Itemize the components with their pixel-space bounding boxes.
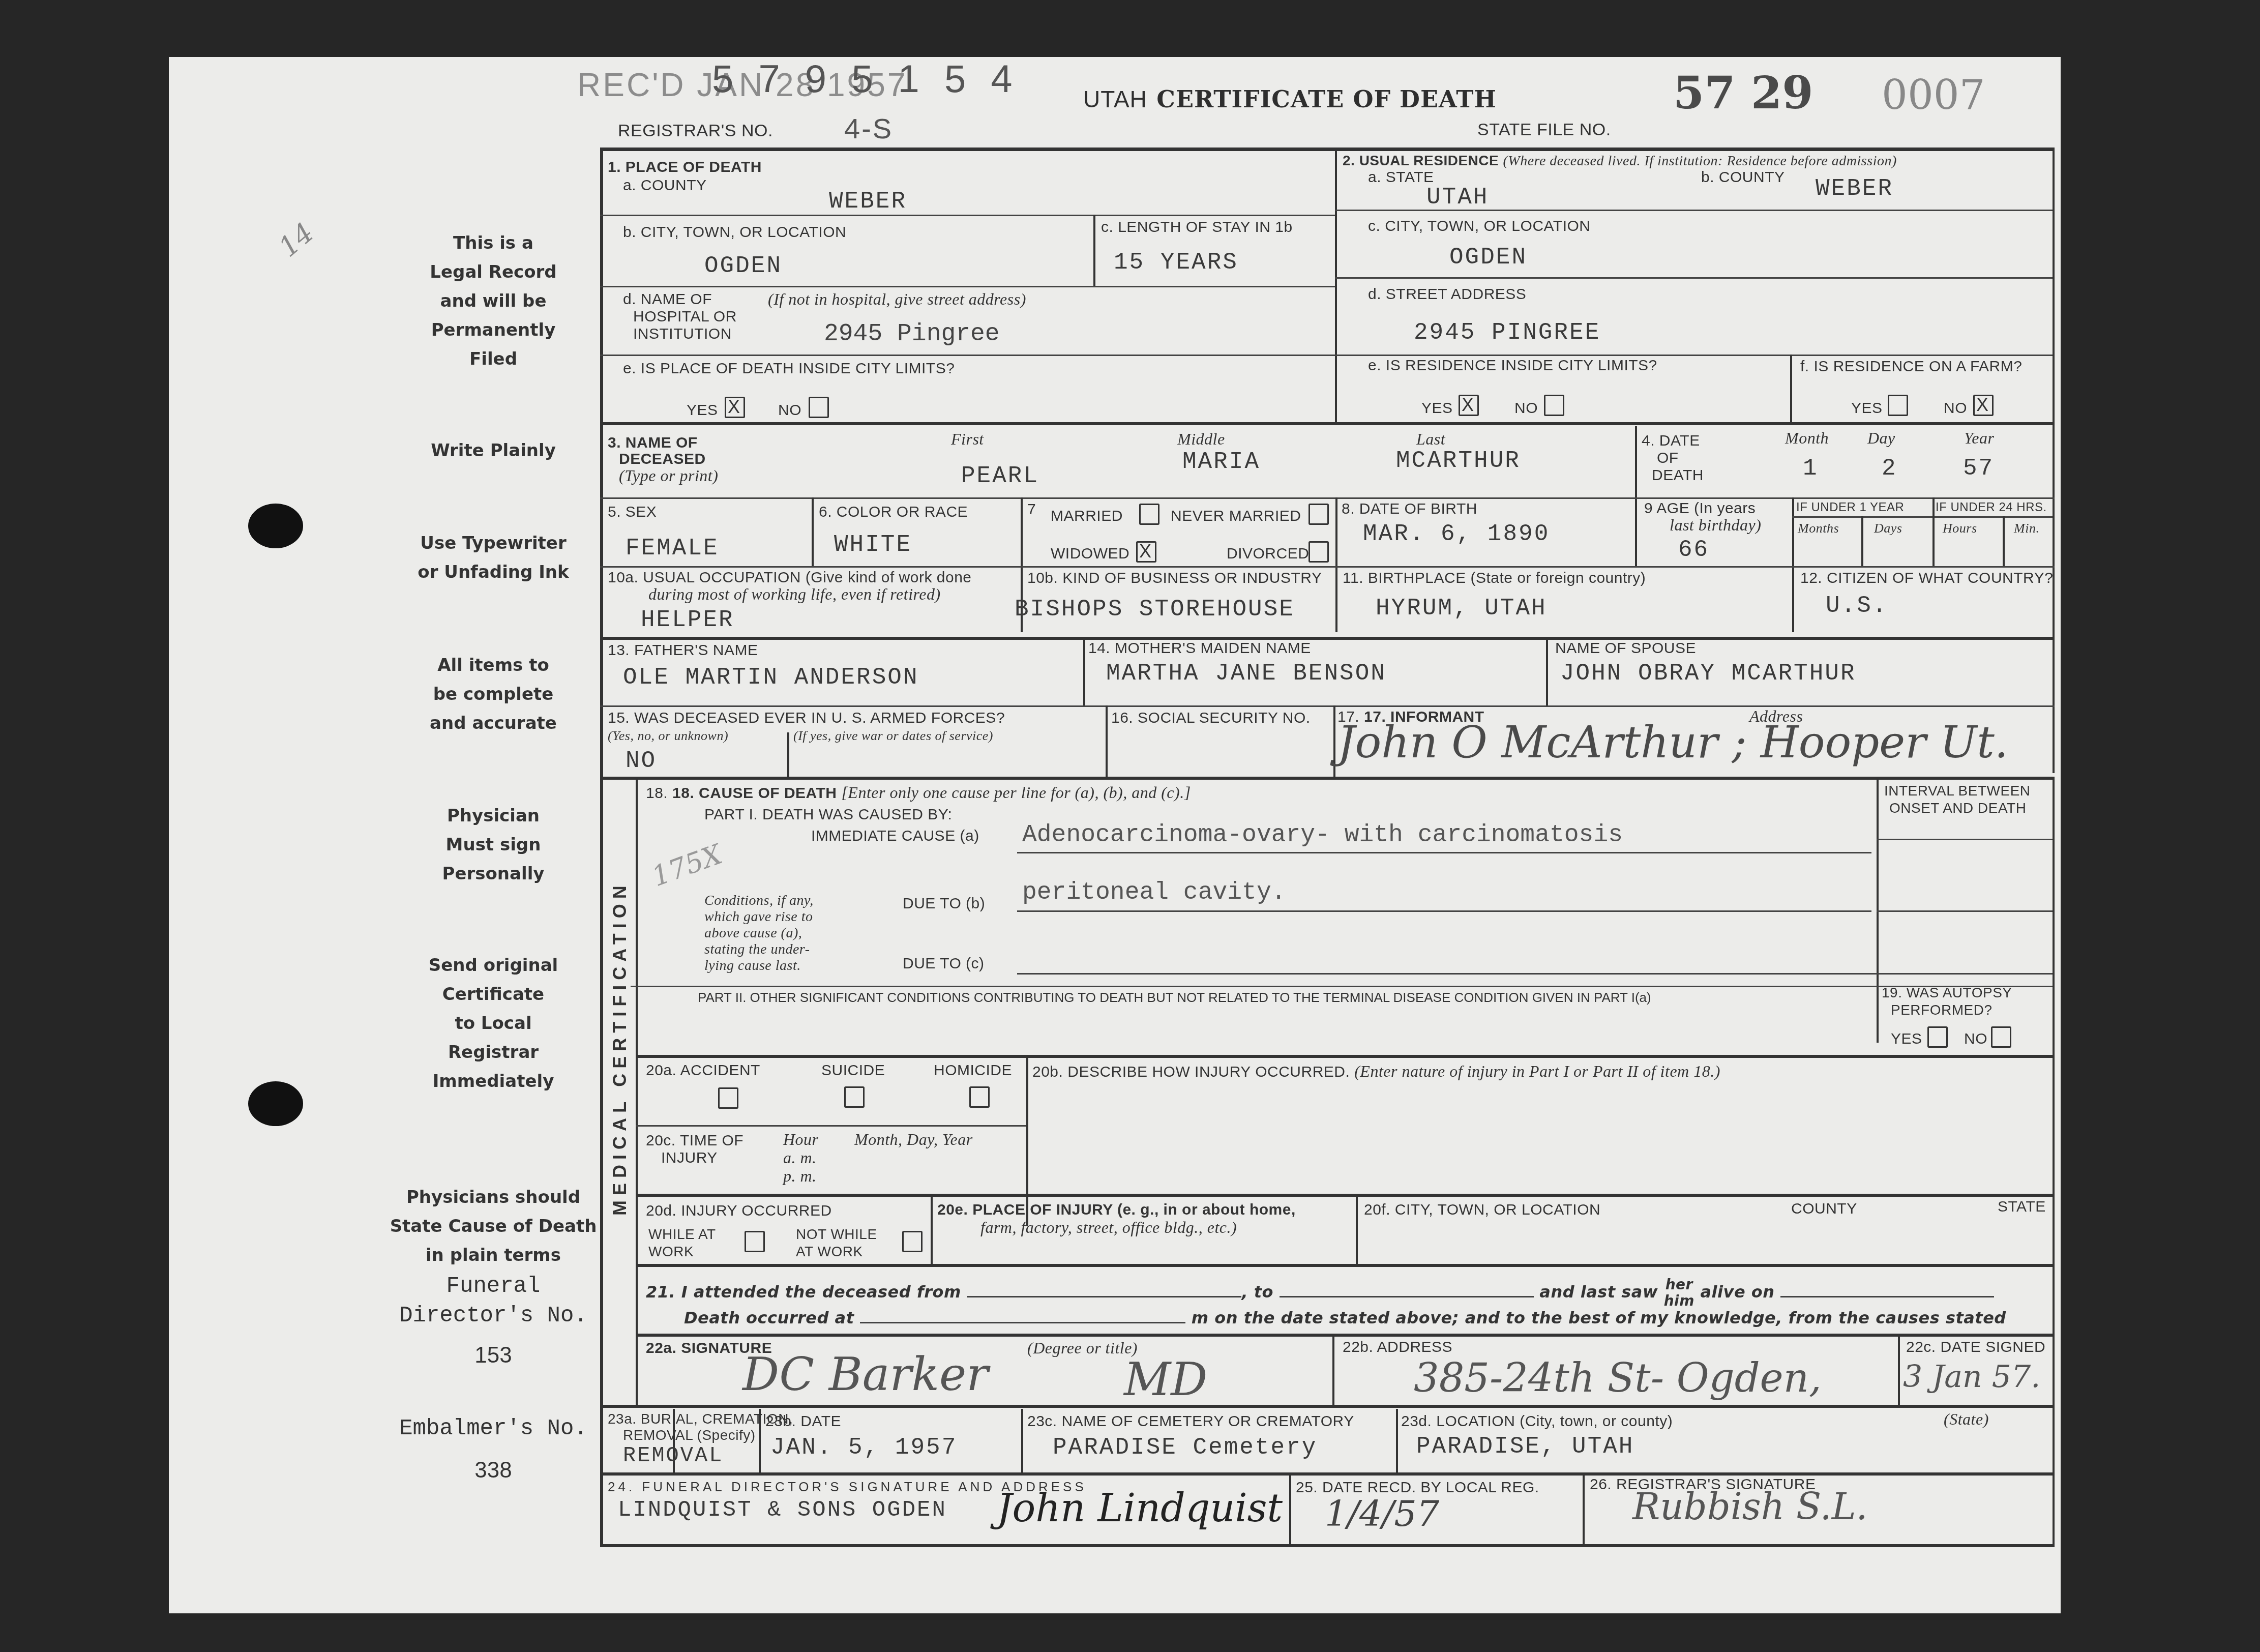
line [1289, 1472, 1291, 1545]
death-month-value[interactable]: 1 [1803, 455, 1819, 482]
while-at-work-checkbox[interactable] [745, 1231, 765, 1252]
line [636, 778, 638, 1407]
death-inside-city-no-checkbox[interactable] [809, 397, 829, 418]
line [1017, 852, 1871, 853]
hours-label: Hours [1943, 521, 1977, 536]
cemetery-value[interactable]: PARADISE Cemetery [1053, 1434, 1317, 1461]
due-to-c-label: DUE TO (c) [903, 955, 985, 972]
under-1-year-label: IF UNDER 1 YEAR [1796, 500, 1904, 515]
armed-forces-value[interactable]: NO [626, 748, 657, 774]
hospital-hint: (If not in hospital, give street address… [768, 290, 1026, 309]
not-while-at-work-label: NOT WHILE AT WORK [796, 1226, 877, 1260]
line [600, 777, 2055, 780]
line [1017, 910, 1871, 912]
spouse-label: NAME OF SPOUSE [1555, 640, 1696, 657]
last-name-label: Last [1416, 430, 1445, 449]
mother-label: 14. MOTHER'S MAIDEN NAME [1088, 640, 1311, 657]
death-inside-city-yes-label: YES [687, 402, 718, 419]
divorced-checkbox[interactable] [1309, 541, 1329, 563]
due-to-b-value[interactable]: peritoneal cavity. [1022, 879, 1286, 906]
father-label: 13. FATHER'S NAME [608, 642, 758, 659]
last-name-value[interactable]: MCARTHUR [1396, 448, 1521, 474]
line [600, 705, 2055, 707]
funeral-director-signature[interactable]: John Lindquist [997, 1485, 1283, 1530]
accident-label: 20a. ACCIDENT [646, 1062, 760, 1079]
line [1792, 516, 2053, 518]
days-label: Days [1874, 521, 1902, 536]
margin-note-physician-sign: Physician Must sign Personally [386, 802, 600, 889]
industry-label: 10b. KIND OF BUSINESS OR INDUSTRY [1027, 570, 1322, 587]
hospital-value[interactable]: 2945 Pingree [824, 320, 1000, 348]
funeral-director-no: 153 [366, 1341, 620, 1370]
father-value[interactable]: OLE MARTIN ANDERSON [623, 664, 919, 691]
margin-note-write-plainly: Write Plainly [386, 436, 600, 465]
never-married-checkbox[interactable] [1309, 504, 1329, 525]
armed-forces-hint-2: (If yes, give war or dates of service) [793, 728, 993, 744]
conditions-hint: Conditions, if any, which gave rise to a… [704, 893, 814, 974]
certificate-title: UTAH CERTIFICATE OF DEATH [1083, 85, 1497, 113]
embalmer-no: 338 [366, 1456, 620, 1485]
date-signed-value[interactable]: 3 Jan 57. [1903, 1359, 2040, 1395]
informant-value[interactable]: John O McArthur ; Hooper Ut. [1337, 717, 2008, 768]
injury-city-label: 20f. CITY, TOWN, OR LOCATION [1364, 1201, 1600, 1219]
burial-location-value[interactable]: PARADISE, UTAH [1416, 1433, 1634, 1460]
line [636, 1264, 2055, 1267]
industry-value[interactable]: BISHOPS STOREHOUSE [1015, 596, 1295, 623]
death-year-value[interactable]: 57 [1963, 455, 1994, 482]
degree-label: (Degree or title) [1027, 1339, 1138, 1358]
residence-inside-city-no-label: NO [1514, 400, 1538, 417]
injury-county-label: COUNTY [1791, 1200, 1857, 1218]
funeral-director-value[interactable]: LINDQUIST & SONS OGDEN [618, 1497, 947, 1523]
immediate-cause-label: IMMEDIATE CAUSE (a) [811, 828, 979, 845]
margin-note-legal-record: This is a Legal Record and will be Perma… [386, 229, 600, 374]
homicide-checkbox[interactable] [969, 1086, 990, 1108]
embalmer-no-block: Embalmer's No. 338 [366, 1414, 620, 1485]
residence-county-label: b. COUNTY [1701, 169, 1785, 186]
autopsy-no-checkbox[interactable] [1991, 1026, 2011, 1048]
residence-city-label: c. CITY, TOWN, OR LOCATION [1368, 218, 1591, 235]
death-inside-city-no-label: NO [778, 402, 801, 419]
line [600, 637, 2055, 640]
residence-inside-city-yes-label: YES [1421, 400, 1453, 417]
disposition-method-value[interactable]: REMOVAL [623, 1443, 723, 1468]
middle-name-value[interactable]: MARIA [1182, 449, 1260, 475]
middle-name-label: Middle [1177, 430, 1225, 449]
death-county-value[interactable]: WEBER [829, 188, 907, 215]
form-border-right [2053, 147, 2055, 773]
line [1021, 1409, 1023, 1475]
spouse-value[interactable]: JOHN OBRAY MCARTHUR [1560, 660, 1856, 687]
line [1017, 973, 2053, 975]
race-label: 6. COLOR OR RACE [819, 504, 968, 521]
min-label: Min. [2014, 521, 2039, 536]
under-24-hrs-label: IF UNDER 24 HRS. [1936, 500, 2047, 515]
autopsy-no-label: NO [1964, 1030, 1987, 1048]
registrar-signature-value[interactable]: Rubbish S.L. [1632, 1485, 1867, 1528]
never-married-label: NEVER MARRIED [1171, 508, 1301, 525]
medical-certification-label: MEDICAL CERTIFICATION [609, 880, 631, 1216]
date-of-death-label: 4. DATE OF DEATH [1642, 432, 1704, 484]
death-county-label: a. COUNTY [623, 177, 707, 194]
margin-note-typewriter: Use Typewriter or Unfading Ink [386, 529, 600, 587]
due-to-b-label: DUE TO (b) [903, 895, 985, 912]
citizen-value[interactable]: U.S. [1826, 593, 1888, 619]
line [1356, 1194, 1358, 1264]
line [931, 1194, 933, 1264]
suicide-checkbox[interactable] [844, 1086, 865, 1108]
time-hints: Hour a. m. p. m. [783, 1130, 819, 1185]
line [1083, 637, 1085, 705]
residence-city-value[interactable]: OGDEN [1449, 244, 1527, 271]
birthplace-value[interactable]: HYRUM, UTAH [1376, 595, 1547, 622]
sex-label: 5. SEX [608, 504, 657, 521]
death-day-label: Day [1867, 429, 1895, 448]
armed-forces-hint-1: (Yes, no, or unknown) [608, 728, 728, 744]
line [600, 355, 1335, 356]
ssn-label: 16. SOCIAL SECURITY NO. [1111, 710, 1311, 727]
line [1583, 1472, 1585, 1545]
death-inside-city-yes-checkbox[interactable] [725, 397, 745, 418]
line [1877, 839, 2053, 840]
line [636, 1334, 2055, 1337]
death-month-label: Month [1785, 429, 1829, 448]
line [1335, 277, 2053, 279]
length-of-stay-value[interactable]: 15 YEARS [1114, 249, 1238, 276]
first-name-value[interactable]: PEARL [961, 463, 1039, 489]
line [1877, 910, 2053, 912]
burial-state-label: (State) [1944, 1410, 1989, 1429]
form-border-left [600, 147, 603, 1547]
residence-farm-yes-checkbox[interactable] [1888, 395, 1908, 416]
line [600, 497, 2055, 499]
line [2053, 778, 2055, 1546]
physician-address-label: 22b. ADDRESS [1343, 1339, 1452, 1356]
residence-state-label: a. STATE [1368, 169, 1434, 186]
divider-residence [1335, 147, 1337, 422]
line [1635, 426, 1637, 566]
injury-state-label: STATE [1998, 1198, 2046, 1216]
date-signed-label: 22c. DATE SIGNED [1906, 1339, 2045, 1356]
attended-statement: 21. I attended the deceased from , to an… [646, 1277, 1994, 1309]
line [600, 422, 2055, 425]
age-label: 9 AGE (In years last birthday) [1644, 500, 1761, 533]
interval-label: INTERVAL BETWEEN ONSET AND DEATH [1884, 782, 2031, 817]
dob-label: 8. DATE OF BIRTH [1342, 500, 1477, 518]
punch-hole-top [248, 504, 303, 548]
first-name-label: First [951, 430, 984, 449]
time-of-injury-label: 20c. TIME OF INJURY [646, 1132, 744, 1167]
line [2003, 516, 2005, 566]
line [600, 1472, 2055, 1476]
line [1932, 497, 1935, 566]
title-text: CERTIFICATE OF DEATH [1156, 85, 1497, 113]
mother-value[interactable]: MARTHA JANE BENSON [1106, 660, 1386, 687]
describe-injury-label: 20b. DESCRIBE HOW INJURY OCCURRED. (Ente… [1032, 1062, 1720, 1081]
autopsy-yes-label: YES [1891, 1030, 1922, 1048]
line [1335, 355, 2053, 356]
line [812, 497, 814, 566]
line [600, 215, 1335, 216]
place-of-death-label: 1. PLACE OF DEATH [608, 159, 762, 176]
residence-farm-label: f. IS RESIDENCE ON A FARM? [1800, 358, 2022, 375]
length-of-stay-label: c. LENGTH OF STAY IN 1b [1101, 219, 1293, 236]
dob-value[interactable]: MAR. 6, 1890 [1363, 521, 1550, 547]
residence-inside-city-yes-checkbox[interactable] [1459, 395, 1479, 416]
physician-address[interactable]: 385-24th St- Ogden, [1414, 1355, 1822, 1401]
line [1546, 637, 1548, 705]
injury-occurred-label: 20d. INJURY OCCURRED [646, 1202, 832, 1220]
occupation-value[interactable]: HELPER [641, 607, 734, 633]
physician-degree[interactable]: MD [1124, 1353, 1207, 1406]
registrars-no-label: REGISTRAR'S NO. [618, 121, 773, 141]
line [1898, 1334, 1900, 1405]
birthplace-label: 11. BIRTHPLACE (State or foreign country… [1343, 570, 1646, 587]
punch-hole-bottom [248, 1081, 303, 1126]
autopsy-yes-checkbox[interactable] [1927, 1026, 1948, 1048]
sex-value[interactable]: FEMALE [626, 535, 719, 562]
state-file-no-label: STATE FILE NO. [1477, 120, 1611, 140]
line [1790, 355, 1792, 422]
physician-signature[interactable]: DC Barker [742, 1348, 988, 1401]
not-while-at-work-checkbox[interactable] [902, 1231, 923, 1252]
residence-farm-no-label: NO [1944, 400, 1967, 417]
line [636, 1194, 2055, 1197]
residence-farm-yes-label: YES [1851, 400, 1883, 417]
line [631, 986, 2053, 987]
margin-note-send-original: Send original Certificate to Local Regis… [386, 951, 600, 1096]
line [1333, 705, 1335, 778]
hospital-label: d. NAME OF HOSPITAL OR INSTITUTION [623, 291, 737, 343]
line [600, 1405, 2055, 1408]
line [1861, 516, 1863, 566]
residence-label: 2. USUAL RESIDENCE (Where deceased lived… [1343, 153, 1897, 169]
date-recd-value[interactable]: 1/4/57 [1325, 1493, 1439, 1535]
certificate-serial: 5 7 9 5 1 5 4 [712, 57, 1020, 101]
residence-street-label: d. STREET ADDRESS [1368, 286, 1526, 303]
line [636, 1055, 2055, 1058]
death-city-value[interactable]: OGDEN [704, 253, 782, 279]
state-file-no-part2: 0007 [1882, 71, 1985, 119]
deceased-name-label: 3. NAME OF DECEASED (Type or print) [608, 435, 718, 484]
cemetery-label: 23c. NAME OF CEMETERY OR CREMATORY [1027, 1413, 1354, 1430]
residence-county-value[interactable]: WEBER [1816, 175, 1893, 202]
disposition-date-value[interactable]: JAN. 5, 1957 [770, 1434, 957, 1461]
line [787, 732, 789, 778]
line [600, 286, 1335, 287]
line [636, 1125, 1026, 1127]
burial-location-label: 23d. LOCATION (City, town, or county) [1401, 1413, 1673, 1430]
death-city-label: b. CITY, TOWN, OR LOCATION [623, 224, 846, 241]
line [1093, 215, 1095, 286]
autopsy-label: 19. WAS AUTOPSY PERFORMED? [1882, 984, 2012, 1019]
place-of-injury-label: 20e. PLACE OF INJURY (e. g., in or about… [937, 1201, 1296, 1236]
marital-number: 7 [1027, 501, 1036, 518]
line [1106, 705, 1108, 778]
death-year-label: Year [1964, 429, 1995, 448]
widowed-label: WIDOWED [1051, 545, 1129, 563]
residence-farm-no-checkbox[interactable] [1973, 395, 1994, 416]
armed-forces-label: 15. WAS DECEASED EVER IN U. S. ARMED FOR… [608, 710, 1005, 727]
form-border-bottom [600, 1544, 2055, 1547]
title-state: UTAH [1083, 86, 1147, 112]
homicide-label: HOMICIDE [934, 1062, 1012, 1079]
margin-note-complete: All items to be complete and accurate [386, 651, 600, 738]
part1-label: PART I. DEATH WAS CAUSED BY: [704, 806, 952, 823]
line [1332, 1334, 1334, 1405]
accident-checkbox[interactable] [718, 1087, 738, 1109]
residence-inside-city-no-checkbox[interactable] [1544, 395, 1564, 416]
residence-state-value[interactable]: UTAH [1426, 184, 1489, 211]
residence-inside-city-label: e. IS RESIDENCE INSIDE CITY LIMITS? [1368, 357, 1657, 374]
citizen-label: 12. CITIZEN OF WHAT COUNTRY? [1800, 570, 2053, 587]
age-value[interactable]: 66 [1678, 537, 1709, 563]
married-label: MARRIED [1051, 508, 1123, 525]
registrars-no: 4-S [844, 112, 893, 145]
injury-date-label: Month, Day, Year [854, 1130, 973, 1149]
margin-note-state-cause: Physicians should State Cause of Death i… [376, 1183, 610, 1270]
months-label: Months [1798, 521, 1839, 536]
state-file-no-part1: 57 29 [1673, 66, 1813, 119]
divorced-label: DIVORCED [1227, 545, 1309, 563]
while-at-work-label: WHILE AT WORK [648, 1226, 716, 1260]
form-border-top [600, 147, 2055, 151]
line [1335, 497, 1337, 632]
death-day-value[interactable]: 2 [1882, 455, 1897, 482]
death-occurred-statement: Death occurred at m on the date stated a… [684, 1308, 2006, 1327]
race-value[interactable]: WHITE [834, 532, 912, 558]
residence-street-value[interactable]: 2945 PINGREE [1414, 319, 1600, 346]
funeral-director-no-block: Funeral Director's No. 153 [366, 1272, 620, 1370]
line [1026, 1055, 1028, 1226]
disposition-date-label: 23b. DATE [765, 1413, 841, 1430]
line [1396, 1409, 1398, 1475]
widowed-checkbox[interactable] [1136, 541, 1156, 563]
suicide-label: SUICIDE [821, 1062, 885, 1079]
immediate-cause-value[interactable]: Adenocarcinoma-ovary- with carcinomatosi… [1022, 821, 1623, 849]
married-checkbox[interactable] [1139, 504, 1159, 525]
occupation-label: 10a. USUAL OCCUPATION (Give kind of work… [608, 570, 972, 602]
cause-of-death-label: 18. 18. CAUSE OF DEATH [Enter only one c… [646, 783, 1191, 802]
part2-label: PART II. OTHER SIGNIFICANT CONDITIONS CO… [698, 990, 1651, 1006]
death-inside-city-label: e. IS PLACE OF DEATH INSIDE CITY LIMITS? [623, 360, 955, 377]
line [600, 566, 2055, 568]
